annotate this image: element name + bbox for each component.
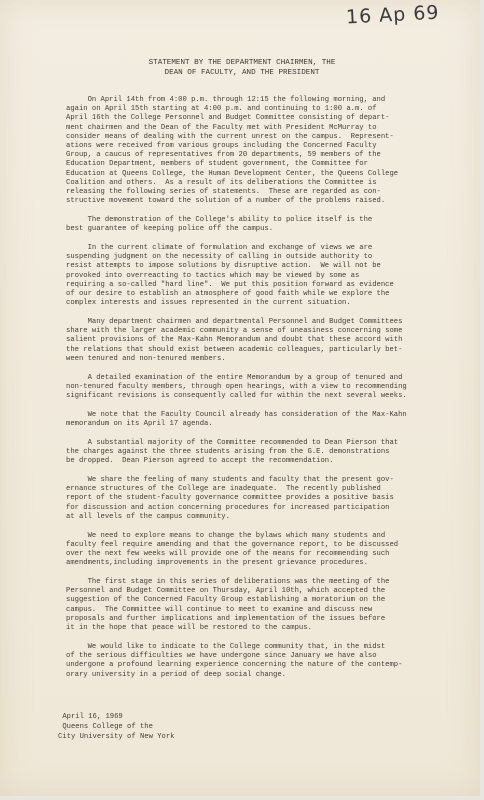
paragraph-first-stage: The first stage in this series of delibe…	[66, 578, 442, 633]
signature-block: April 16, 1969 Queens College of the Cit…	[58, 712, 174, 742]
paragraph-closing: We would like to indicate to the College…	[66, 643, 442, 680]
handwritten-date-annotation: 16 Ap 69	[345, 2, 440, 29]
paragraph-faculty-council: We note that the Faculty Council already…	[66, 411, 442, 429]
paragraph-bylaws: We need to explore means to change the b…	[66, 532, 442, 569]
signature-date: April 16, 1969	[58, 713, 123, 721]
paragraph-intro: On April 14th from 4:00 p.m. through 12:…	[66, 96, 442, 206]
paragraph-charges: A substantial majority of the Committee …	[66, 439, 442, 467]
paragraph-examination: A detailed examination of the entire Mem…	[66, 374, 442, 402]
title-line-2: DEAN OF FACULTY, AND THE PRESIDENT	[165, 69, 320, 77]
paragraph-police: The demonstration of the College's abili…	[66, 216, 442, 234]
paragraph-climate: In the current climate of formulation an…	[66, 244, 442, 308]
document-body: On April 14th from 4:00 p.m. through 12:…	[66, 96, 442, 689]
title-line-1: STATEMENT BY THE DEPARTMENT CHAIRMEN, TH…	[149, 59, 336, 67]
document-title: STATEMENT BY THE DEPARTMENT CHAIRMEN, TH…	[0, 58, 484, 78]
signature-line-1: Queens College of the	[58, 723, 153, 731]
document-page: 16 Ap 69 STATEMENT BY THE DEPARTMENT CHA…	[0, 0, 480, 796]
paragraph-max-kahn: Many department chairmen and departmenta…	[66, 318, 442, 364]
signature-line-2: City University of New York	[58, 733, 174, 741]
paragraph-governance: We share the feeling of many students an…	[66, 476, 442, 522]
